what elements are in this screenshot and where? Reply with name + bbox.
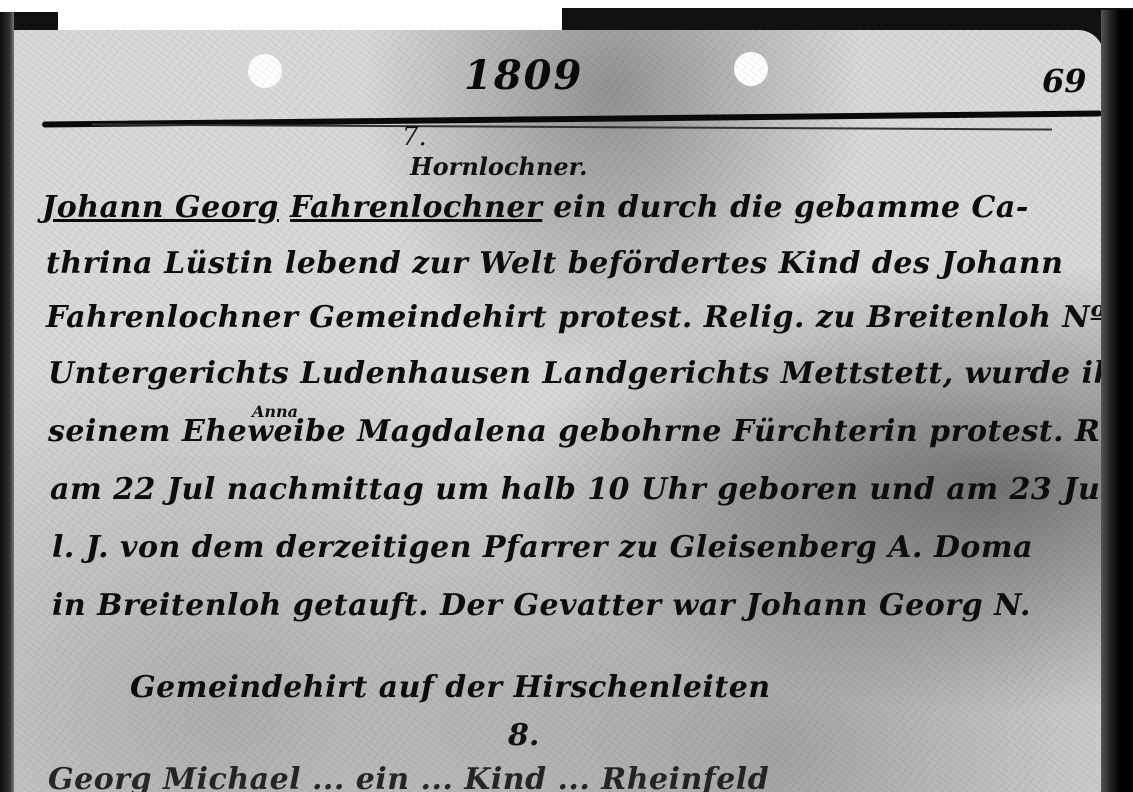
surname-annotation: Hornlochner.	[410, 152, 587, 181]
entry-line-5-a: seinem Eheweibe	[48, 414, 346, 449]
entry-line-2: thrina Lüstin lebend zur Welt beförderte…	[46, 246, 1063, 281]
entry-number-8: 8.	[508, 718, 539, 753]
entry-line-6: am 22 Jul nachmittag um halb 10 Uhr gebo…	[50, 472, 1104, 507]
page-number: 69	[1042, 62, 1087, 100]
entry-8-line-1: Georg Michael ... ein ... Kind ... Rhein…	[48, 762, 769, 792]
entry-line-3: Fahrenlochner Gemeindehirt protest. Reli…	[46, 300, 1104, 335]
entry-line-7: l. J. von dem derzeitigen Pfarrer zu Gle…	[52, 530, 1033, 565]
child-given-name: Johann Georg	[42, 190, 279, 225]
entry-line-4: Untergerichts Ludenhausen Landgerichts M…	[48, 356, 1104, 391]
entry-line-8: in Breitenloh getauft. Der Gevatter war …	[52, 588, 1031, 623]
page-year: 1809	[464, 52, 583, 99]
header-rule-secondary	[92, 123, 1052, 130]
scan-shadow-left	[0, 12, 14, 792]
punch-hole-right	[734, 52, 768, 86]
entry-line-9: Gemeindehirt auf der Hirschenleiten	[130, 670, 771, 705]
entry-line-5: seinem Eheweibe Magdalena gebohrne Fürch…	[48, 414, 1104, 449]
scan-frame: 1809 69 7. Hornlochner. Johann Georg Fah…	[0, 0, 1133, 792]
punch-hole-left	[248, 54, 282, 88]
entry-line-1: Johann Georg Fahrenlochner ein durch die…	[42, 190, 1029, 225]
register-page: 1809 69 7. Hornlochner. Johann Georg Fah…	[12, 30, 1104, 792]
entry-line-1-rest: ein durch die gebamme Ca-	[553, 190, 1029, 225]
child-surname: Fahrenlochner	[290, 190, 542, 225]
scan-shadow-right	[1101, 10, 1133, 792]
entry-number-7: 7.	[402, 122, 427, 152]
entry-line-5-b: Magdalena gebohrne Fürchterin protest. R…	[357, 414, 1104, 449]
